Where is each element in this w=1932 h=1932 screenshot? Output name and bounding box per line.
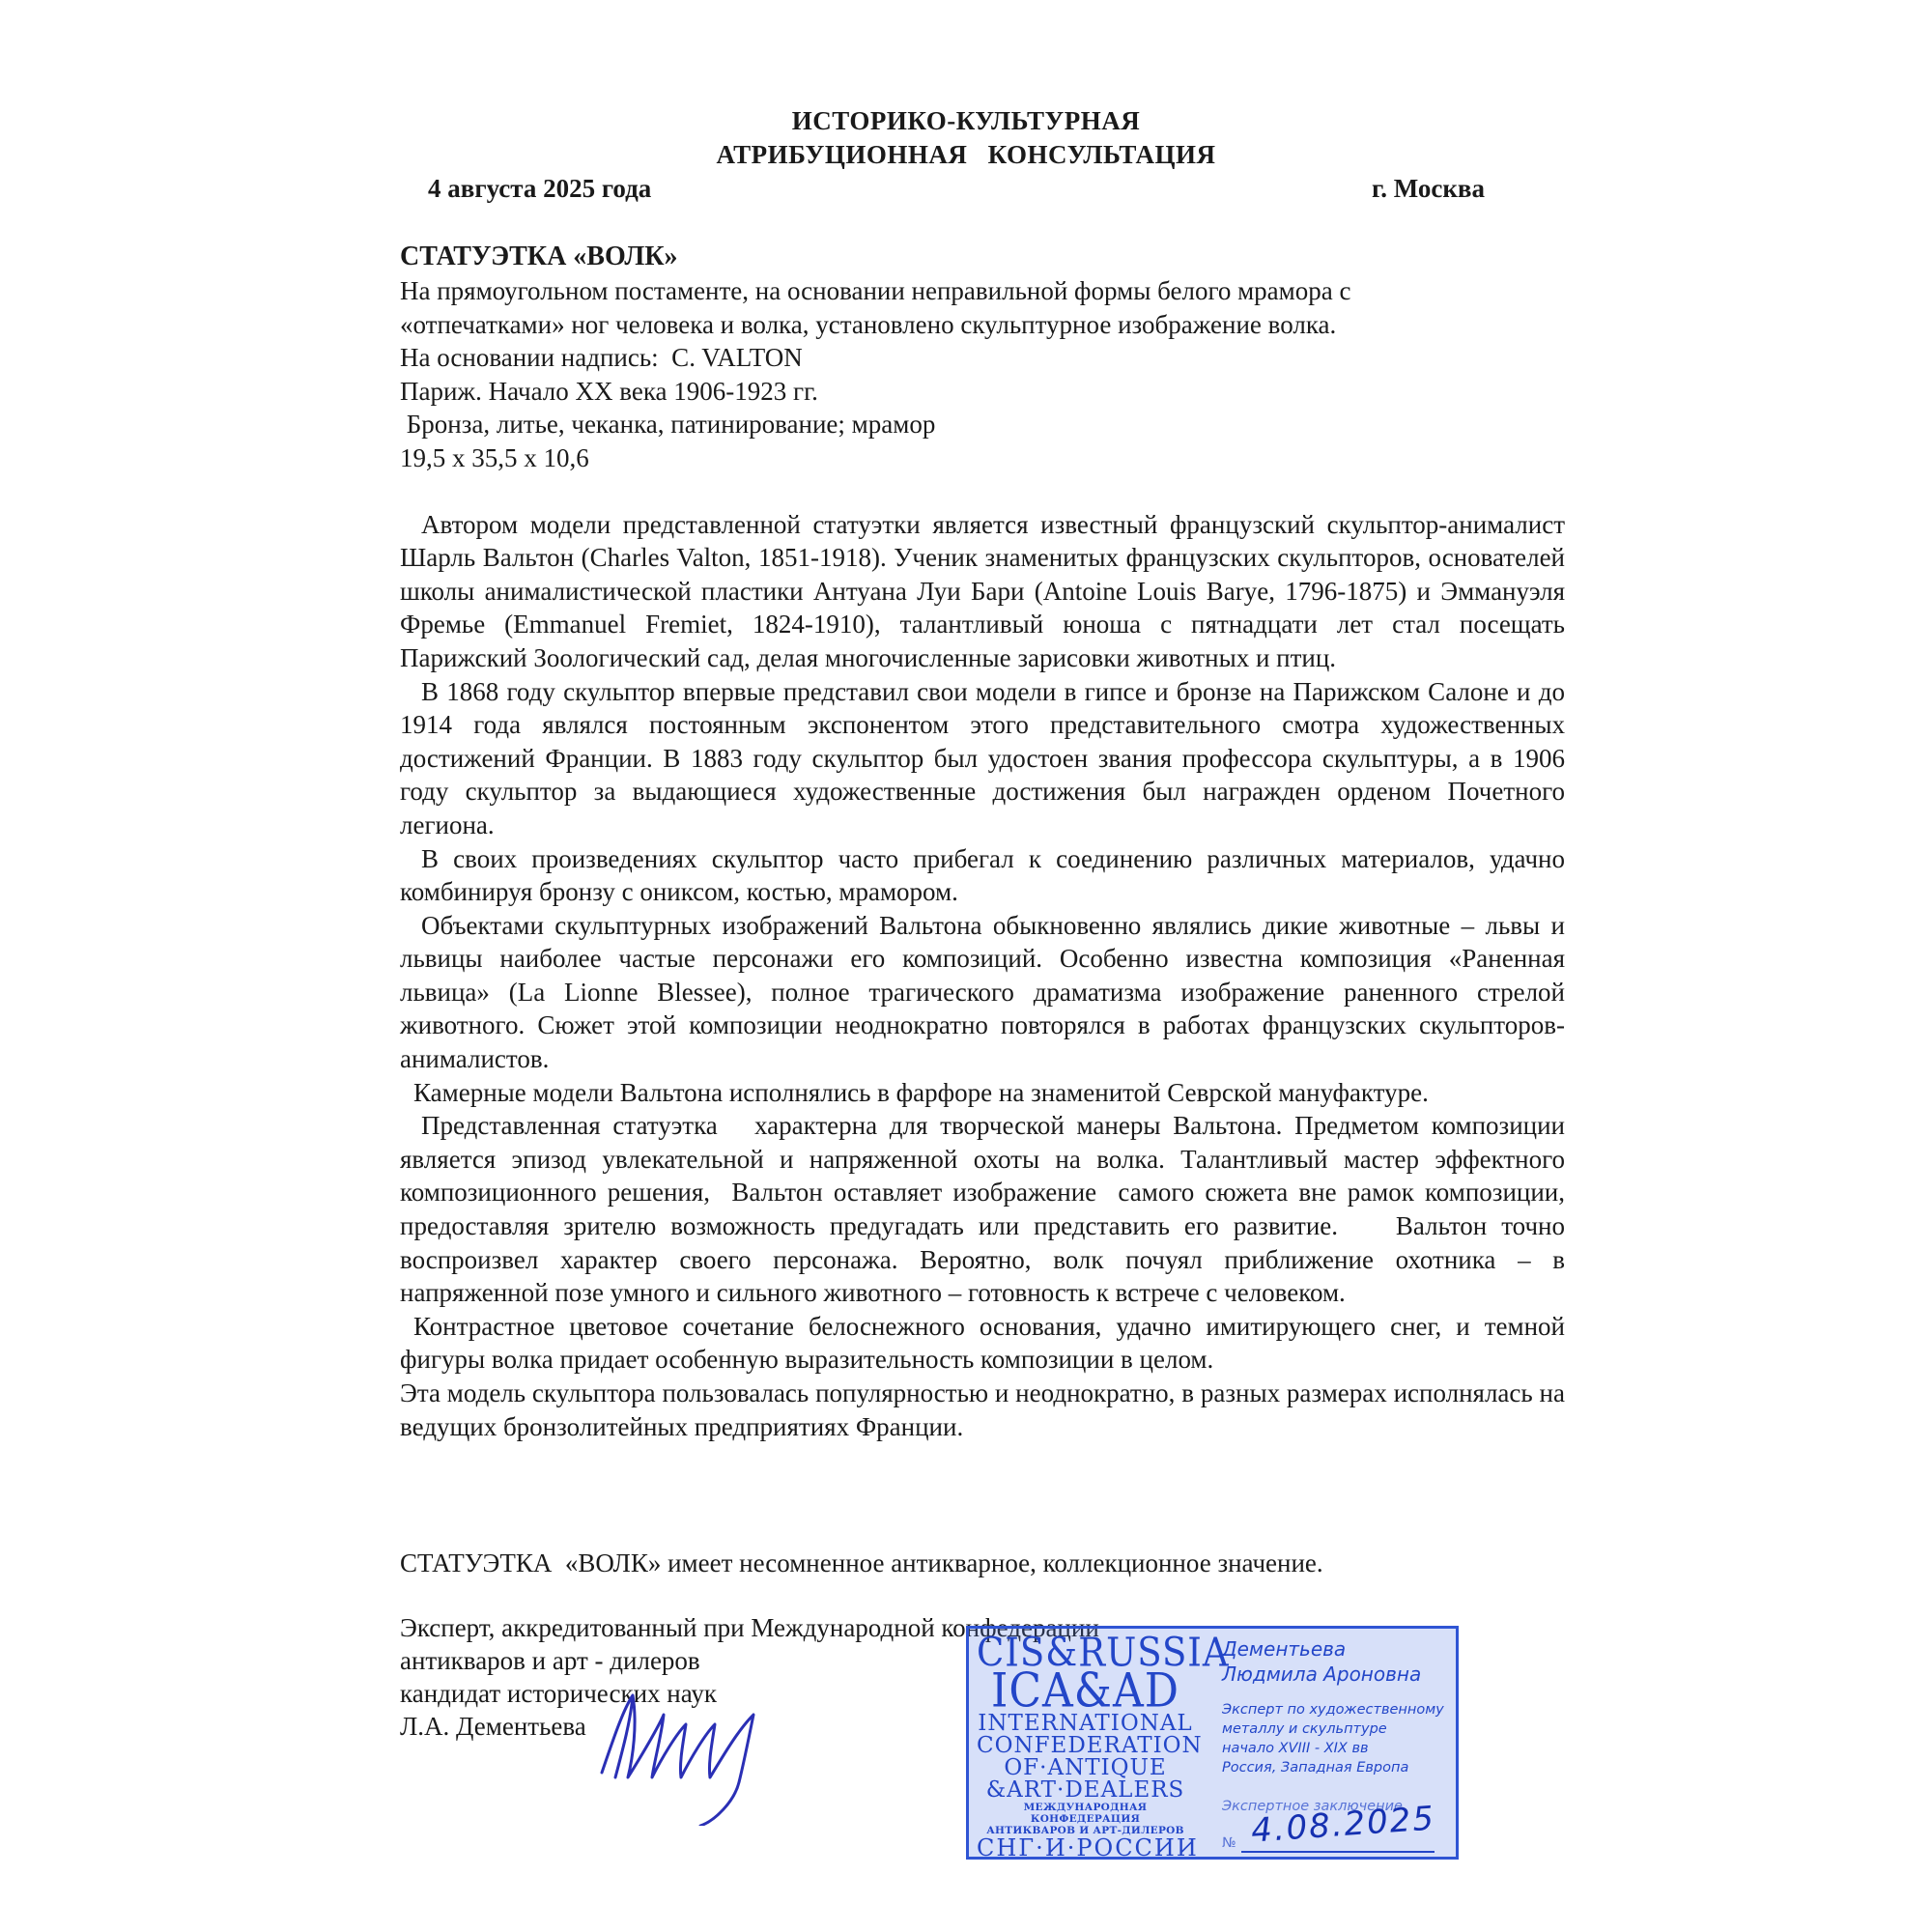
paragraph-popularity: Эта модель скульптора пользовалась попул… [400, 1377, 1565, 1443]
stamp-expert-given-names: Людмила Ароновна [1222, 1662, 1454, 1687]
paragraph-subjects: Объектами скульптурных изображений Вальт… [400, 909, 1565, 1076]
item-heading: СТАТУЭТКА «ВОЛК» [400, 240, 1565, 274]
handwritten-signature [594, 1681, 826, 1826]
stamp-number-underline [1241, 1851, 1435, 1853]
document-body: СТАТУЭТКА «ВОЛК» На прямоугольном постам… [400, 240, 1565, 1443]
item-materials: Бронза, литье, чеканка, патинирование; м… [400, 408, 1565, 441]
document-title-line2: АТРИБУЦИОННАЯ КОНСУЛЬТАЦИЯ [0, 140, 1932, 170]
paragraph-composition: Представленная статуэтка характерна для … [400, 1109, 1565, 1310]
document-page: ИСТОРИКО-КУЛЬТУРНАЯ АТРИБУЦИОННАЯ КОНСУЛ… [0, 0, 1932, 1932]
item-description-line1: На прямоугольном постаменте, на основани… [400, 274, 1565, 308]
paragraph-materials: В своих произведениях скульптор часто пр… [400, 842, 1565, 909]
stamp-expert-details: Дементьева Людмила Ароновна Эксперт по х… [1222, 1636, 1454, 1814]
document-date: 4 августа 2025 года [428, 174, 651, 204]
paragraph-salon: В 1868 году скульптор впервые представил… [400, 675, 1565, 842]
item-dimensions: 19,5 х 35,5 х 10,6 [400, 441, 1565, 475]
item-inscription: На основании надпись: C. VALTON [400, 341, 1565, 375]
paragraph-sevres: Камерные модели Вальтона исполнялись в ф… [400, 1076, 1565, 1110]
conclusion-statement: СТАТУЭТКА «ВОЛК» имеет несомненное антик… [400, 1548, 1323, 1578]
paragraph-contrast: Контрастное цветовое сочетание белоснежн… [400, 1310, 1565, 1377]
document-city: г. Москва [1372, 174, 1485, 204]
item-origin: Париж. Начало XX века 1906-1923 гг. [400, 375, 1565, 409]
stamp-number-label: № [1222, 1835, 1236, 1851]
paragraph-author: Автором модели представленной статуэтки … [400, 508, 1565, 675]
document-title-line1: ИСТОРИКО-КУЛЬТУРНАЯ [0, 106, 1932, 136]
stamp-expert-specialty: Эксперт по художественному металлу и ску… [1222, 1700, 1454, 1777]
item-description-line2: «отпечатками» ног человека и волка, уста… [400, 308, 1565, 342]
stamp-expert-surname: Дементьева [1222, 1636, 1454, 1662]
stamp-organization-logo: CIS&RUSSIA ICA&AD INTERNATIONAL CONFEDER… [977, 1634, 1194, 1860]
expert-stamp: CIS&RUSSIA ICA&AD INTERNATIONAL CONFEDER… [966, 1626, 1459, 1860]
